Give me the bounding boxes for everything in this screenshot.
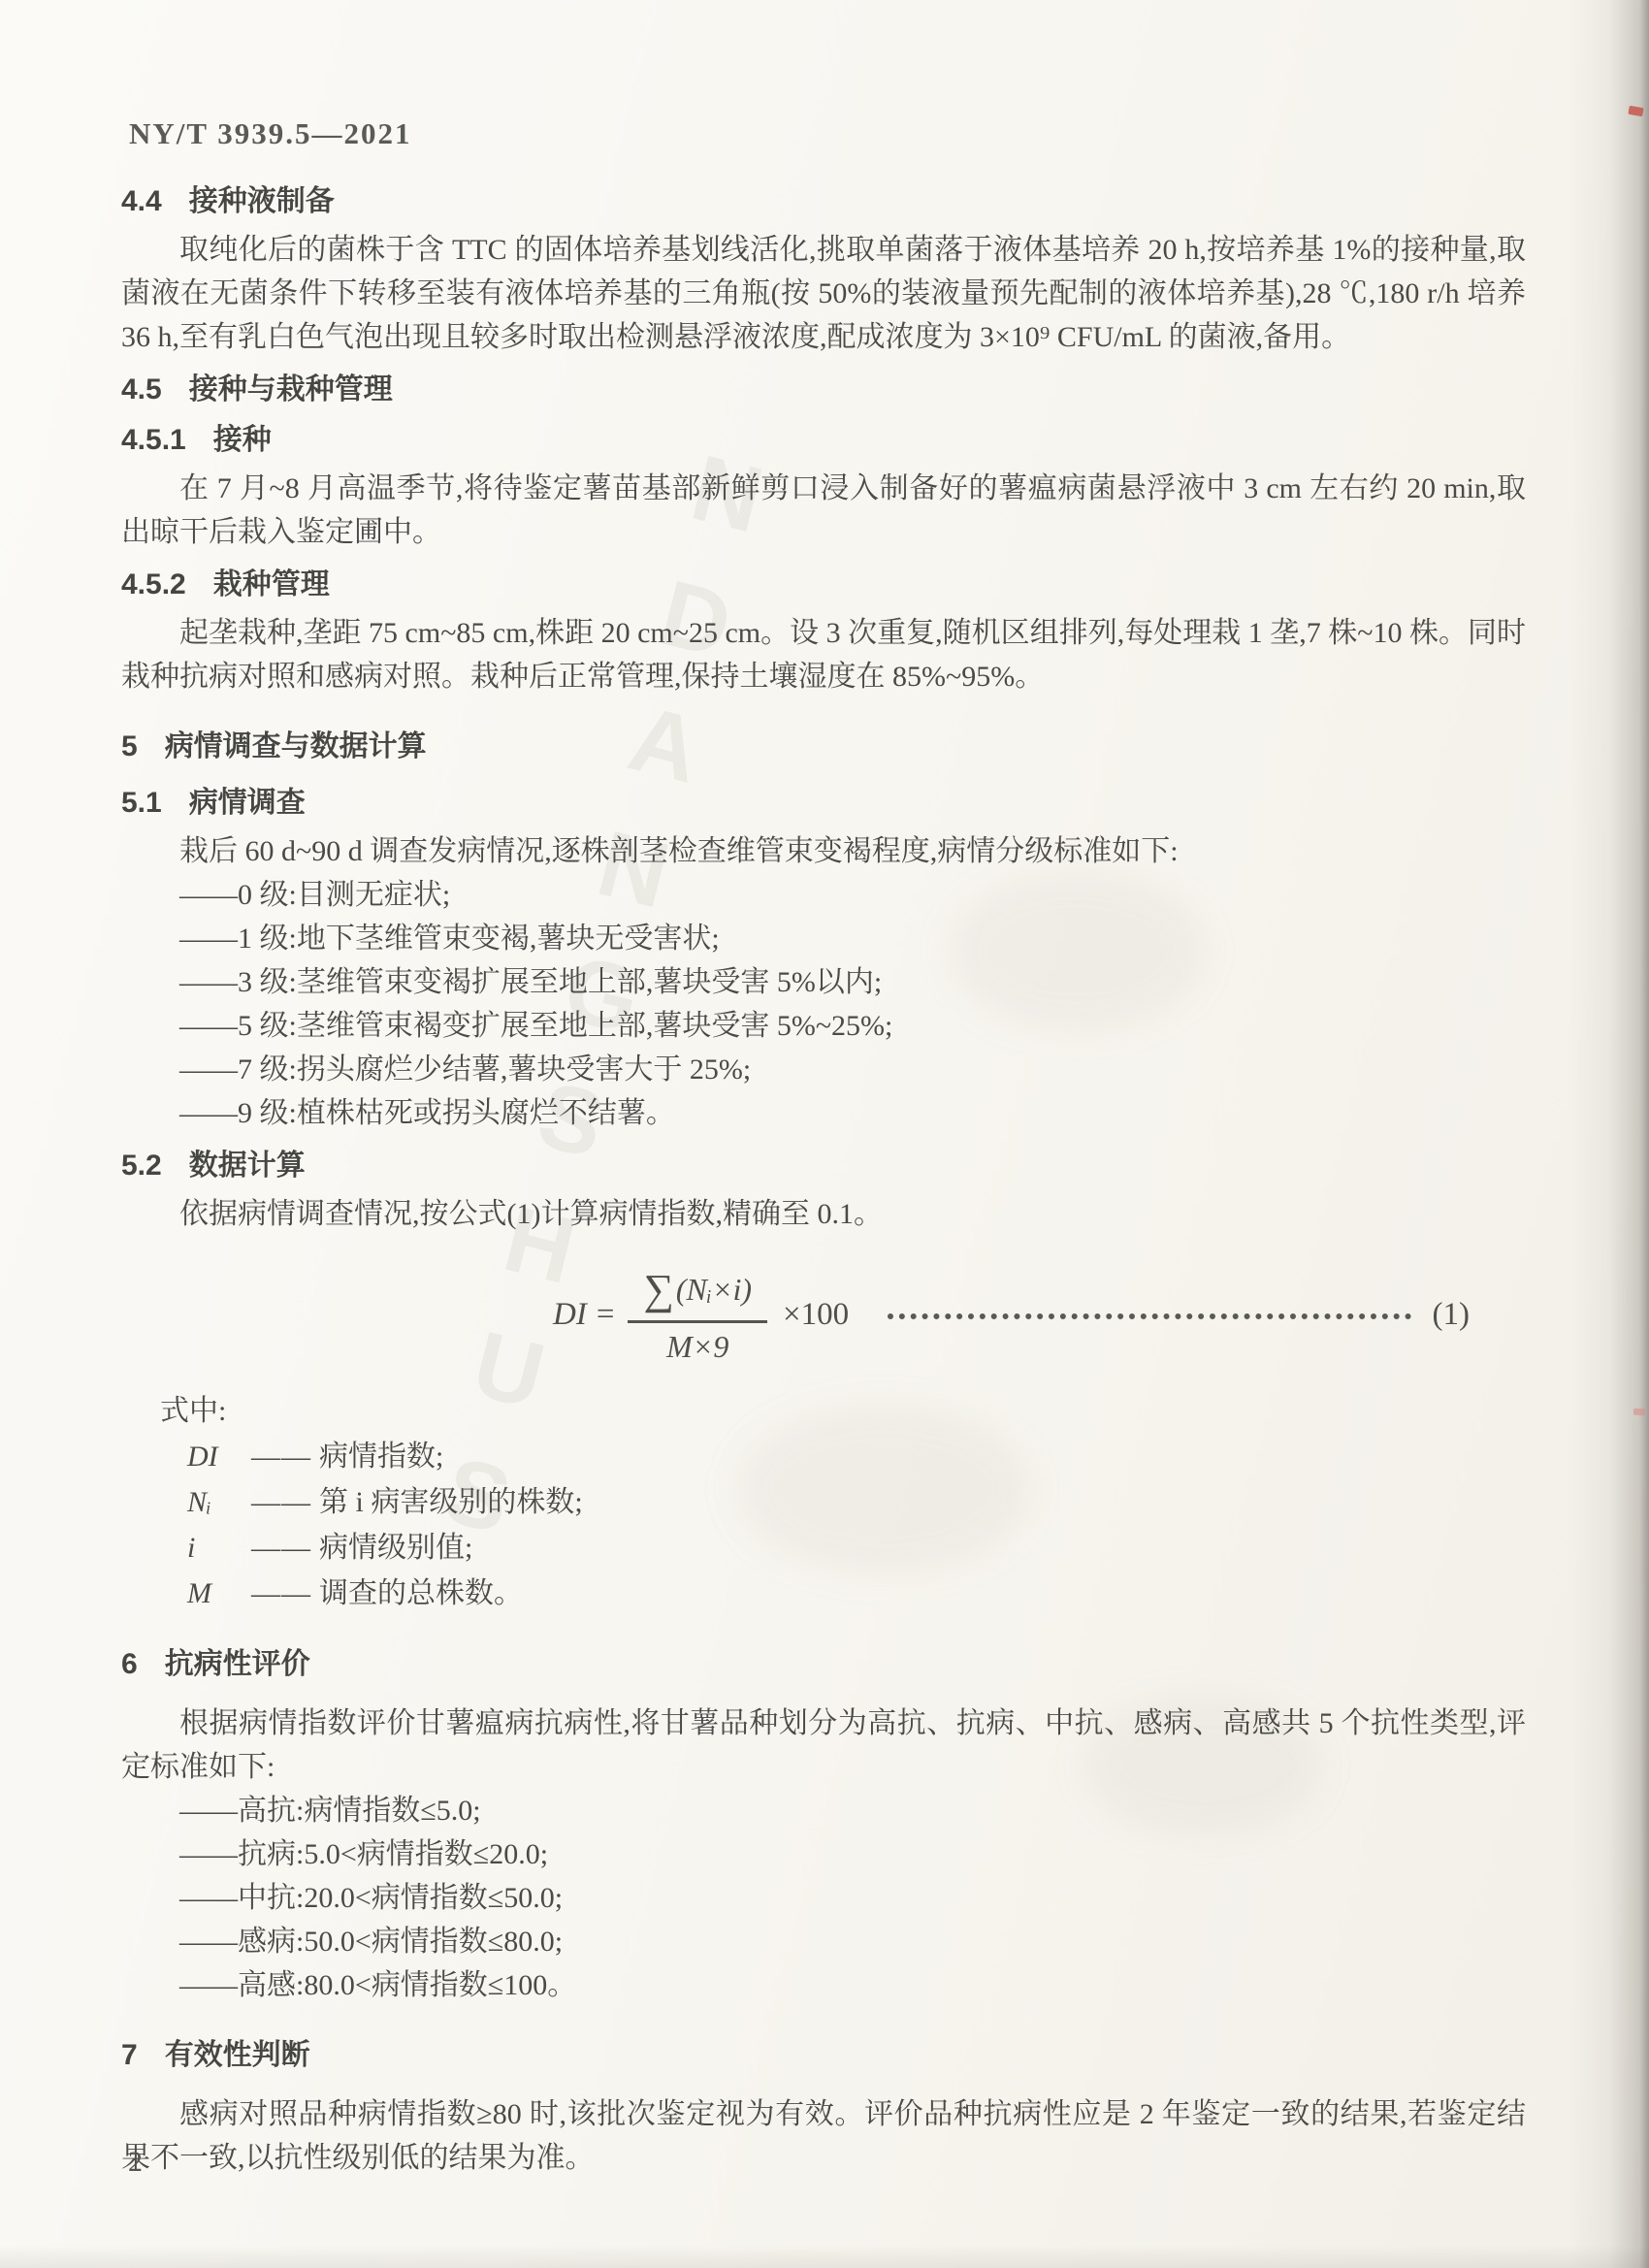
section-heading-5-1: 5.1病情调查 — [121, 784, 1526, 823]
paragraph-5-2: 依据病情调查情况,按公式(1)计算病情指数,精确至 0.1。 — [121, 1192, 1526, 1236]
section-title: 病情调查与数据计算 — [165, 730, 427, 762]
list-item: ——9 级:植株枯死或拐头腐烂不结薯。 — [121, 1091, 1526, 1135]
section-number: 7 — [121, 2036, 138, 2075]
formula-denominator: M×9 — [666, 1323, 728, 1365]
section-number: 5 — [121, 728, 138, 766]
numerator-text: (Nᵢ×i) — [676, 1272, 752, 1307]
section-number: 4.5.1 — [121, 421, 186, 460]
where-dash: —— — [251, 1486, 311, 1518]
list-item: ——5 级:茎维管束褐变扩展至地上部,薯块受害 5%~25%; — [121, 1004, 1526, 1048]
section-heading-6: 6抗病性评价 — [121, 1645, 1526, 1684]
formula-1: DI = ∑(Nᵢ×i) M×9 ×100 (1) — [121, 1261, 1526, 1368]
section-title: 接种 — [213, 424, 272, 456]
section-title: 接种液制备 — [189, 185, 335, 217]
section-title: 有效性判断 — [165, 2039, 310, 2071]
where-item: M——调查的总株数。 — [121, 1571, 1526, 1616]
section-number: 5.1 — [121, 784, 162, 823]
section-heading-5-2: 5.2数据计算 — [121, 1147, 1526, 1185]
where-item: Nᵢ——第 i 病害级别的株数; — [121, 1479, 1526, 1525]
paragraph-6: 根据病情指数评价甘薯瘟病抗病性,将甘薯品种划分为高抗、抗病、中抗、感病、高感共 … — [121, 1701, 1526, 1789]
list-item: ——高抗:病情指数≤5.0; — [121, 1789, 1526, 1832]
scanned-document-page: NDANGSHUS NY/T 3939.5—2021 4.4接种液制备 取纯化后… — [0, 0, 1649, 2268]
where-term: DI — [187, 1434, 251, 1479]
section-title: 抗病性评价 — [165, 1648, 310, 1680]
list-item: ——0 级:目测无症状; — [121, 873, 1526, 917]
section-heading-4-5-2: 4.5.2栽种管理 — [121, 566, 1526, 604]
paragraph-4-4: 取纯化后的菌株于含 TTC 的固体培养基划线活化,挑取单菌落于液体基培养 20 … — [121, 228, 1526, 359]
section-number: 6 — [121, 1645, 138, 1684]
section-heading-4-5: 4.5接种与栽种管理 — [121, 371, 1526, 409]
resistance-grade-list: ——高抗:病情指数≤5.0; ——抗病:5.0<病情指数≤20.0; ——中抗:… — [121, 1789, 1526, 2007]
sigma-symbol: ∑ — [643, 1266, 673, 1313]
scan-bottom-shadow — [0, 2245, 1649, 2268]
paragraph-5-1: 栽后 60 d~90 d 调查发病情况,逐株剖茎检查维管束变褐程度,病情分级标准… — [121, 829, 1526, 873]
section-title: 接种与栽种管理 — [189, 373, 393, 405]
where-list: DI——病情指数; Nᵢ——第 i 病害级别的株数; i——病情级别值; M——… — [121, 1434, 1526, 1616]
paragraph-4-5-1: 在 7 月~8 月高温季节,将待鉴定薯苗基部新鲜剪口浸入制备好的薯瘟病菌悬浮液中… — [121, 467, 1526, 554]
where-dash: —— — [251, 1532, 311, 1564]
where-dash: —— — [251, 1441, 311, 1473]
section-title: 数据计算 — [189, 1150, 306, 1182]
where-def: 第 i 病害级别的株数; — [319, 1486, 583, 1518]
where-item: i——病情级别值; — [121, 1525, 1526, 1571]
where-label: 式中: — [121, 1389, 1526, 1434]
list-item: ——7 级:拐头腐烂少结薯,薯块受害大于 25%; — [121, 1048, 1526, 1091]
where-dash: —— — [251, 1577, 311, 1609]
section-number: 4.5 — [121, 371, 162, 409]
formula-number: (1) — [1433, 1297, 1470, 1333]
standard-number-header: NY/T 3939.5—2021 — [129, 114, 1526, 153]
list-item: ——1 级:地下茎维管束变褐,薯块无受害状; — [121, 917, 1526, 960]
formula-fraction: ∑(Nᵢ×i) M×9 — [628, 1265, 767, 1365]
where-term: Nᵢ — [187, 1479, 251, 1525]
section-heading-4-4: 4.4接种液制备 — [121, 182, 1526, 221]
where-term: M — [187, 1571, 251, 1616]
formula-lhs: DI — [553, 1297, 587, 1333]
section-heading-7: 7有效性判断 — [121, 2036, 1526, 2075]
formula-numerator: ∑(Nᵢ×i) — [628, 1265, 767, 1323]
paragraph-7: 感病对照品种病情指数≥80 时,该批次鉴定视为有效。评价品种抗病性应是 2 年鉴… — [121, 2092, 1526, 2180]
scan-page-edge — [1569, 0, 1649, 2268]
where-def: 病情级别值; — [319, 1532, 472, 1564]
formula-multiplier: ×100 — [783, 1297, 849, 1333]
section-number: 5.2 — [121, 1147, 162, 1185]
paragraph-4-5-2: 起垄栽种,垄距 75 cm~85 cm,株距 20 cm~25 cm。设 3 次… — [121, 611, 1526, 698]
document-content: NY/T 3939.5—2021 4.4接种液制备 取纯化后的菌株于含 TTC … — [121, 114, 1526, 2180]
disease-grade-list: ——0 级:目测无症状; ——1 级:地下茎维管束变褐,薯块无受害状; ——3 … — [121, 873, 1526, 1135]
list-item: ——高感:80.0<病情指数≤100。 — [121, 1963, 1526, 2007]
section-heading-4-5-1: 4.5.1接种 — [121, 421, 1526, 460]
where-term: i — [187, 1525, 251, 1571]
section-title: 病情调查 — [189, 787, 306, 819]
scan-red-mark — [1633, 1408, 1646, 1415]
formula-equals: = — [597, 1297, 615, 1333]
where-def: 病情指数; — [319, 1441, 443, 1473]
where-item: DI——病情指数; — [121, 1434, 1526, 1479]
list-item: ——感病:50.0<病情指数≤80.0; — [121, 1920, 1526, 1963]
list-item: ——3 级:茎维管束变褐扩展至地上部,薯块受害 5%以内; — [121, 960, 1526, 1004]
list-item: ——抗病:5.0<病情指数≤20.0; — [121, 1832, 1526, 1876]
section-number: 4.5.2 — [121, 566, 186, 604]
section-heading-5: 5病情调查与数据计算 — [121, 728, 1526, 766]
section-number: 4.4 — [121, 182, 162, 221]
list-item: ——中抗:20.0<病情指数≤50.0; — [121, 1876, 1526, 1920]
section-title: 栽种管理 — [213, 568, 330, 600]
where-def: 调查的总株数。 — [319, 1577, 523, 1609]
page-number: 2 — [128, 2146, 143, 2179]
dotted-leader — [888, 1313, 1410, 1319]
